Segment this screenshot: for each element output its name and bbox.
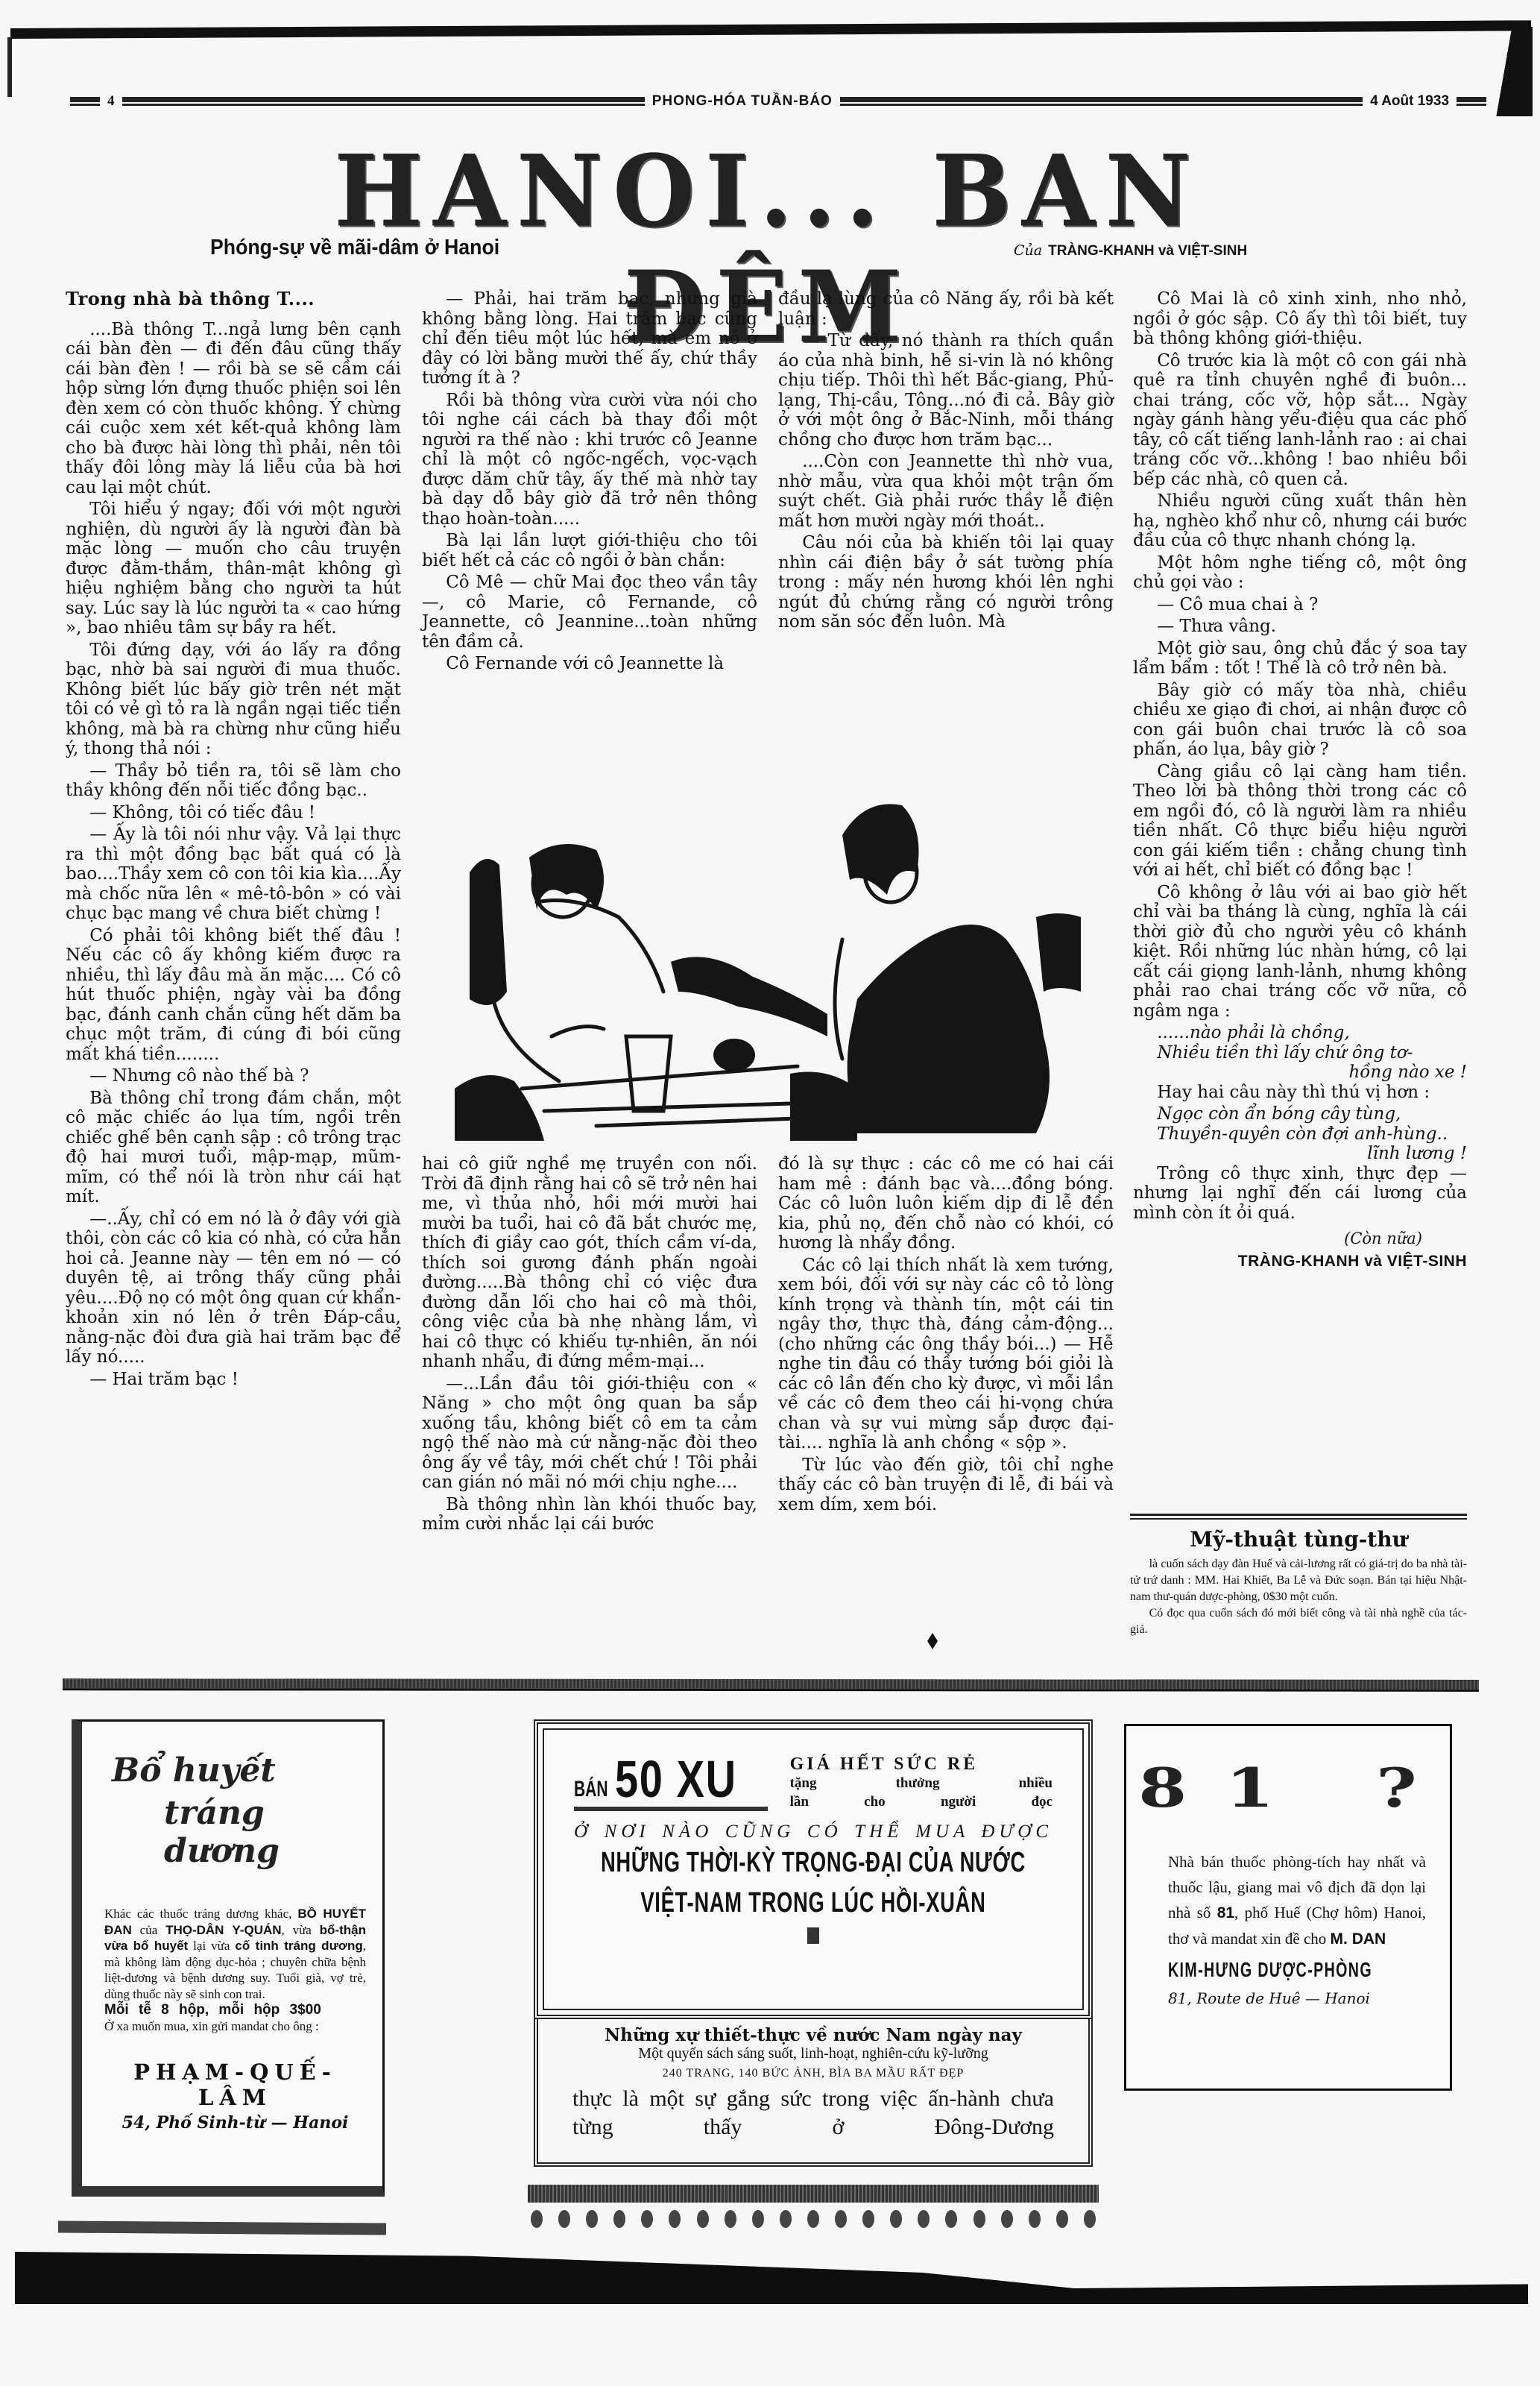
paragraph: Tôi hiểu ý ngay; đối với một người nghiệ… (66, 500, 401, 638)
dot-ornament-icon (835, 2210, 847, 2228)
ad2-closing: thực là một sự gắng sức trong việc ấn-hà… (572, 2085, 1054, 2141)
ad1-address: 54, Phố Sinh-từ — Hanoi (104, 2113, 366, 2132)
paragraph: Bây giờ có mấy tòa nhà, chiều chiều xe g… (1133, 681, 1467, 760)
ad2-availability: Ở NƠI NÀO CŨNG CÓ THỂ MUA ĐƯỢC (574, 1822, 1053, 1842)
paragraph: Trông cô thực xinh, thực đẹp — nhưng lại… (1133, 1164, 1467, 1224)
ad2-book-title-line1: NHỮNG THỜI-KỲ TRỌNG-ĐẠI CỦA NƯỚC (575, 1842, 1051, 1883)
paragraph: Cô Mê — chữ Mai đọc theo vần tây —, cô M… (422, 573, 757, 652)
ad2-sell-label: BÁN (574, 1777, 608, 1802)
ad-kim-hung-pharmacy: 81 ? Nhà bán thuốc phòng-tích hay nhất v… (1124, 1724, 1452, 2091)
dot-ornament-icon (918, 2210, 930, 2228)
paragraph: Bà lại lần lượt giới-thiệu cho tôi biết … (422, 531, 757, 570)
dot-ornament-icon (613, 2210, 625, 2228)
paragraph: Cô Mai là cô xinh xinh, nho nhỏ, ngồi ở … (1133, 289, 1467, 349)
paragraph: Bà thông chỉ trong đám chắn, một cô mặc … (66, 1089, 401, 1207)
dot-ornament-icon (1056, 2210, 1068, 2228)
verse-line: Thuyền-quyên còn đợi anh-hùng.. (1133, 1124, 1467, 1145)
dot-ornament-icon (725, 2210, 736, 2228)
article-column-2-continued: hai cô giữ nghề mẹ truyền con nối. Trời … (422, 1154, 757, 1537)
dot-ornament-icon (669, 2210, 681, 2228)
paragraph: Bà thông nhìn làn khói thuốc bay, mỉm cư… (422, 1495, 757, 1534)
ad1-title-line1: Bổ huyết (112, 1751, 366, 1789)
dot-ornament-icon (1029, 2210, 1041, 2228)
ad2-book-title-line2: VIỆT-NAM TRONG LÚC HỒI-XUÂN (575, 1883, 1051, 1923)
ad2-inner-frame: BÁN 50 XU GIÁ HẾT SỨC RẺ tặng thưởng nhi… (543, 1728, 1084, 2010)
ad2-specs: 240 TRANG, 140 BỨC ẢNH, BÌA BA MẦU RẤT Đ… (572, 2067, 1054, 2080)
dot-ornament-icon (807, 2210, 819, 2228)
to-be-continued: (Còn nữa) (1133, 1229, 1467, 1249)
byline-authors: TRÀNG-KHANH và VIỆT-SINH (1048, 243, 1247, 259)
paragraph: Các cô lại thích nhất là xem tướng, xem … (778, 1256, 1114, 1453)
notice-paragraph: Có đọc qua cuốn sách đó mới biết công và… (1130, 1605, 1467, 1638)
ad2-side-line: tặng thưởng nhiều (790, 1774, 1053, 1792)
ad1-body-part: THỌ-DÂN Y-QUÁN (165, 1923, 281, 1937)
paragraph: — Không, tôi có tiếc đâu ! (66, 803, 401, 823)
ad3-address: 81, Route de Huê — Hanoi (1168, 1989, 1426, 2007)
ad2-price-row: BÁN 50 XU GIÁ HẾT SỨC RẺ tặng thưởng nhi… (574, 1755, 1053, 1811)
paragraph: — Thầy bỏ tiền ra, tôi sẽ làm cho thầy k… (66, 761, 401, 801)
paragraph: —...Lần đầu tôi giới-thiệu con « Năng » … (422, 1374, 757, 1493)
page-top-border (10, 20, 1531, 39)
ad3-headline: 81 ? (1129, 1756, 1465, 1819)
paragraph: hai cô giữ nghề mẹ truyền con nối. Trời … (422, 1154, 757, 1372)
ad2-tagline: Những xự thiết-thực về nước Nam ngày nay (572, 2025, 1054, 2045)
paragraph: — Ấy là tôi nói như vậy. Vả lại thực ra … (66, 825, 401, 924)
newspaper-name: PHONG-HÓA TUẦN-BÁO (652, 93, 833, 110)
paragraph: — Hai trăm bạc ! (66, 1370, 401, 1390)
ad-book-details: Những xự thiết-thực về nước Nam ngày nay… (534, 2018, 1093, 2167)
dot-ornament-icon (1084, 2210, 1096, 2228)
dot-ornament-icon (641, 2210, 653, 2228)
dot-ornament-icon (945, 2210, 957, 2228)
section-heading: Trong nhà bà thông T.... (66, 289, 401, 309)
byline-prefix: Của (1014, 242, 1042, 259)
dot-ornament-icon (586, 2210, 598, 2228)
article-column-2: — Phải, hai trăm bạc, nhưng già không bằ… (422, 289, 757, 676)
ad1-body-part: cố tinh tráng dương (235, 1939, 362, 1953)
page-corner-shadow (1488, 27, 1533, 116)
ad1-body-part: lại vừa (188, 1939, 235, 1953)
page-left-edge (7, 37, 12, 97)
dot-ornament-icon (862, 2210, 874, 2228)
dot-ornament-icon (752, 2210, 764, 2228)
ad1-price: Mỗi tễ 8 hộp, mỗi hộp 3$00 (104, 2002, 366, 2018)
ad1-body-part: , vừa (282, 1923, 320, 1937)
paragraph: đó là sự thực : các cô me có hai cái ham… (778, 1154, 1114, 1253)
paragraph: — Từ đấy, nó thành ra thích quần áo của … (778, 331, 1114, 450)
opium-den-illustration (440, 768, 1096, 1148)
article-signature: TRÀNG-KHANH và VIỆT-SINH (1133, 1252, 1467, 1272)
masthead: 4 PHONG-HÓA TUẦN-BÁO 4 Août 1933 (70, 92, 1486, 110)
decorative-stripe (58, 2220, 386, 2235)
dot-ornament-icon (780, 2210, 792, 2228)
page-bottom-border (15, 2252, 1528, 2304)
paragraph: Cô Fernande với cô Jeannette là (422, 654, 757, 674)
paragraph: — Nhưng cô nào thế bà ? (66, 1066, 401, 1086)
ad1-seller-name: PHẠM-QUẾ-LÂM (104, 2059, 366, 2110)
paragraph: Câu nói của bà khiến tôi lại quay nhìn c… (778, 533, 1114, 632)
dot-ornament-icon (890, 2210, 902, 2228)
paragraph: ....Còn con Jeannette thì nhờ vua, nhờ m… (778, 452, 1114, 531)
ad-book-50-xu: BÁN 50 XU GIÁ HẾT SỨC RẺ tặng thưởng nhi… (534, 1719, 1093, 2019)
ad2-price-block: BÁN 50 XU (574, 1756, 768, 1811)
paragraph: Từ lúc vào đến giờ, tôi chỉ nghe thấy cá… (778, 1455, 1114, 1515)
paragraph: Một hôm nghe tiếng cô, một ông chủ gọi v… (1133, 553, 1467, 593)
dot-ornament-icon (973, 2210, 985, 2228)
paragraph: Hay hai câu này thì thú vị hơn : (1133, 1083, 1467, 1103)
paragraph: Nhiều người cũng xuất thân hèn hạ, nghèo… (1133, 491, 1467, 551)
paragraph: Tôi đứng dạy, với áo lấy ra đồng bạc, nh… (66, 640, 401, 759)
ad3-recipient: M. DAN (1331, 1930, 1386, 1948)
paragraph: Càng giầu cô lại càng ham tiền. Theo lời… (1133, 762, 1467, 881)
paragraph: đầu lạ lùng của cô Năng ấy, rồi bà kết l… (778, 289, 1114, 329)
decorative-dots (528, 2210, 1099, 2228)
page-number: 4 (107, 93, 115, 110)
ad2-price: 50 XU (615, 1756, 737, 1802)
ad2-description: Một quyển sách sáng suốt, linh-hoạt, ngh… (572, 2045, 1054, 2062)
ad1-body: Khác các thuốc tráng dương khác, BỒ HUYẾ… (104, 1906, 366, 2034)
paragraph: —..Ấy, chỉ có em nó là ở đây với già thô… (66, 1209, 401, 1367)
ad1-mail-note: Ở xa muốn mua, xin gửi mandat cho ông : (104, 2018, 366, 2035)
ad-bo-huyet-trang-duong: Bổ huyết tráng dương Khác các thuốc trán… (72, 1719, 385, 2197)
ad1-body-part: Khác các thuốc tráng dương khác, (104, 1907, 297, 1921)
verse-line: Nhiều tiền thì lấy chứ ông tơ- (1133, 1043, 1467, 1063)
paragraph: — Cô mua chai à ? (1133, 595, 1467, 615)
article-subtitle: Phóng-sự về mãi-dâm ở Hanoi (210, 236, 499, 260)
ad2-side-heading: GIÁ HẾT SỨC RẺ (790, 1755, 1053, 1774)
article-column-3: đầu lạ lùng của cô Năng ấy, rồi bà kết l… (778, 289, 1114, 635)
dot-ornament-icon (697, 2210, 709, 2228)
verse-line: hồng nào xe ! (1133, 1063, 1467, 1083)
article-column-3-continued: đó là sự thực : các cô me có hai cái ham… (778, 1154, 1114, 1517)
masthead-rule (840, 97, 1363, 106)
ad2-decorative-border (528, 2185, 1099, 2229)
ad3-shop-name: KIM-HƯNG DƯỢC-PHÒNG (1168, 1958, 1421, 1982)
ad3-house-number: 81 (1217, 1904, 1234, 1921)
end-of-section-diamond-icon (927, 1633, 938, 1649)
dot-ornament-icon (531, 2210, 543, 2228)
ornament-icon (807, 1927, 819, 1944)
ad1-body-part: của (132, 1923, 165, 1937)
issue-date: 4 Août 1933 (1370, 93, 1449, 110)
masthead-rule (122, 97, 645, 106)
dot-ornament-icon (558, 2210, 570, 2228)
ad3-body: Nhà bán thuốc phòng-tích hay nhất và thu… (1168, 1849, 1426, 1952)
article-column-4: Cô Mai là cô xinh xinh, nho nhỏ, ngồi ở … (1133, 289, 1467, 1271)
paragraph: Một giờ sau, ông chủ đắc ý soa tay lẩm b… (1133, 639, 1467, 679)
ad2-side-line: lần cho người đọc (790, 1792, 1053, 1811)
book-notice: Mỹ-thuật tùng-thư là cuốn sách dạy đàn H… (1130, 1514, 1467, 1638)
notice-rule (1130, 1514, 1467, 1520)
paragraph: Cô trước kia là một cô con gái nhà quê r… (1133, 351, 1467, 490)
masthead-rule (1457, 97, 1486, 106)
ad1-title-line2: tráng dương (164, 1794, 366, 1870)
ad2-price-note: GIÁ HẾT SỨC RẺ tặng thưởng nhiều lần cho… (790, 1755, 1053, 1811)
notice-paragraph: là cuốn sách dạy đàn Huế và cải-lương rấ… (1130, 1556, 1467, 1605)
paragraph: — Phải, hai trăm bạc, nhưng già không bằ… (422, 289, 757, 388)
verse-line: lĩnh lương ! (1133, 1144, 1467, 1164)
dot-ornament-icon (1001, 2210, 1013, 2228)
paragraph: Có phải tôi không biết thế đâu ! Nếu các… (66, 926, 401, 1065)
article-column-1: Trong nhà bà thông T.... ....Bà thông T.… (66, 289, 401, 1391)
verse-line: ......nào phải là chồng, (1133, 1023, 1467, 1043)
section-separator (63, 1678, 1479, 1692)
masthead-rule (70, 97, 100, 106)
decorative-stripe (528, 2185, 1099, 2203)
paragraph: Rồi bà thông vừa cười vừa nói cho tôi ng… (422, 391, 757, 529)
verse-line: Ngọc còn ẩn bóng cây tùng, (1133, 1104, 1467, 1124)
paragraph: — Thưa vâng. (1133, 617, 1467, 637)
notice-title: Mỹ-thuật tùng-thư (1130, 1527, 1467, 1552)
paragraph: ....Bà thông T...ngả lưng bên cạnh cái b… (66, 320, 401, 498)
paragraph: Cô không ở lâu với ai bao giờ hết chỉ và… (1133, 883, 1467, 1022)
article-byline: CủaTRÀNG-KHANH và VIỆT-SINH (1014, 242, 1247, 259)
